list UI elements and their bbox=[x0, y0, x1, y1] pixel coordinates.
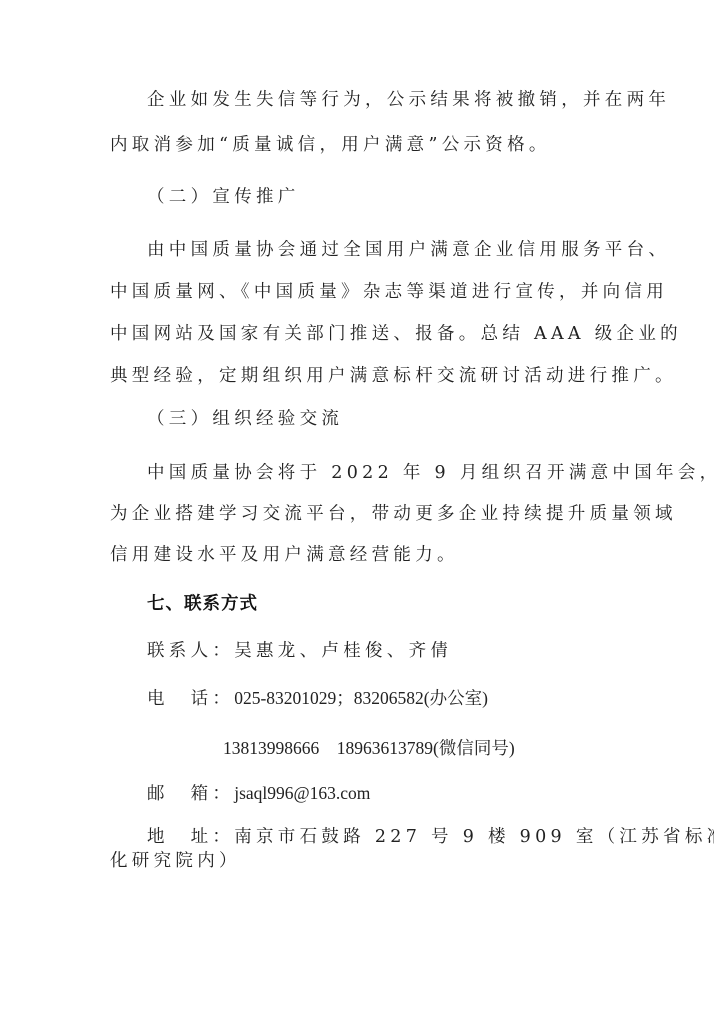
phone-numbers-mobile: 13813998666 18963613789(微信同号) bbox=[223, 736, 515, 760]
phone-numbers-office: 025-83201029；83206582(办公室) bbox=[234, 688, 488, 708]
paragraph-revoke-line-2: 内取消参加“质量诚信，用户满意”公示资格。 bbox=[110, 133, 551, 157]
section-3-line-3: 信用建设水平及用户满意经营能力。 bbox=[110, 543, 459, 567]
section-2-line-2: 中国质量网、《中国质量》杂志等渠道进行宣传，并向信用 bbox=[110, 280, 668, 304]
address-line-1: 南京市石鼓路 227 号 9 楼 909 室（江苏省标准 bbox=[234, 827, 714, 847]
contact-label: 联系人： bbox=[147, 641, 234, 661]
address-row: 地 址：南京市石鼓路 227 号 9 楼 909 室（江苏省标准 bbox=[147, 825, 714, 849]
section-3-line-2: 为企业搭建学习交流平台，带动更多企业持续提升质量领域 bbox=[110, 502, 677, 526]
email-row: 邮 箱：jsaql996@163.com bbox=[147, 781, 370, 806]
address-line-2: 化研究院内） bbox=[110, 849, 241, 873]
section-2-heading: （二）宣传推广 bbox=[147, 185, 300, 209]
phone-label: 电 话： bbox=[147, 689, 234, 709]
phone-row: 电 话：025-83201029；83206582(办公室) bbox=[147, 686, 488, 711]
section-2-line-3: 中国网站及国家有关部门推送、报备。总结 AAA 级企业的 bbox=[110, 322, 682, 346]
contact-person-row: 联系人：吴惠龙、卢桂俊、齐倩 bbox=[147, 639, 452, 663]
section-3-line-1: 中国质量协会将于 2022 年 9 月组织召开满意中国年会， bbox=[147, 461, 714, 485]
section-7-heading: 七、联系方式 bbox=[147, 592, 258, 616]
email-address[interactable]: jsaql996@163.com bbox=[234, 783, 370, 803]
section-2-line-1: 由中国质量协会通过全国用户满意企业信用服务平台、 bbox=[147, 238, 670, 262]
address-label: 地 址： bbox=[147, 827, 234, 847]
email-label: 邮 箱： bbox=[147, 784, 234, 804]
paragraph-revoke-line-1: 企业如发生失信等行为，公示结果将被撤销，并在两年 bbox=[147, 88, 670, 112]
contact-names: 吴惠龙、卢桂俊、齐倩 bbox=[234, 641, 452, 661]
section-3-heading: （三）组织经验交流 bbox=[147, 407, 343, 431]
section-2-line-4: 典型经验，定期组织用户满意标杆交流研讨活动进行推广。 bbox=[110, 364, 677, 388]
